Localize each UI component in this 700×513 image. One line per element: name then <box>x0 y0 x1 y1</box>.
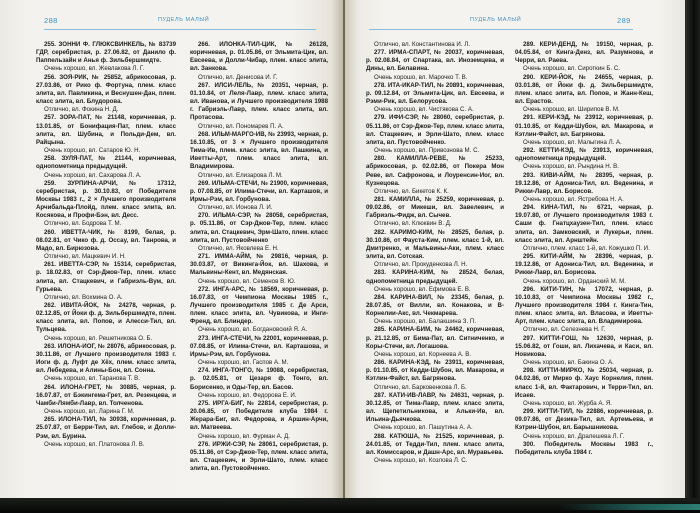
dog-entry: 295. КИТИ-АЙМ, № 28396, черная, р. 19.12… <box>515 253 653 277</box>
dog-entry: 272. ИНГА-АРС, № 18569, коричневая, р. 1… <box>190 286 328 327</box>
grade-line: Очень хорошо, вл. Дралешева Л. Г. <box>515 433 653 441</box>
grade-line: Отлично, вл. Селезнева Н. Г. <box>515 326 653 334</box>
running-head: ПУДЕЛЬ МАЛЫЙ <box>158 17 209 23</box>
grade-line: Очень хорошо, вл. Привознова М. С. <box>366 147 504 155</box>
grade-line: Очень хорошо, вл. Ларина Г. М. <box>36 408 176 416</box>
book-spread: 288 ПУДЕЛЬ МАЛЫЙ 255. ЗОННИ Ф. ГЛЮКСВИНК… <box>0 0 700 513</box>
grade-line: Отлично, вл. Константинова И. Л. <box>366 41 504 49</box>
dog-entry: 277. ИРМА-СПАРТ, № 20037, коричневая, р.… <box>366 49 504 73</box>
grade-line: Очень хорошо, вл. Орданский М. М. <box>515 278 653 286</box>
grade-line: Очень хорошо, вл. Сироткин Б. С. <box>515 65 653 73</box>
dog-entry: 259. ЗУРПИНА-АРЧИ, № 17312, серебристая,… <box>36 180 176 221</box>
grade-line: Очень хорошо, вл. Ястребова Н. А. <box>515 196 653 204</box>
text-column-1: 255. ЗОННИ Ф. ГЛЮКСВИНКЕЛЬ, № 83739 ГДР,… <box>36 41 176 449</box>
dog-entry: 286. КАРИНА-КЭД, № 23911, коричневая, р.… <box>366 359 504 383</box>
header-rule <box>369 29 633 30</box>
grade-line: Очень хорошо, вл. Федорова Е. И. <box>190 392 328 400</box>
left-page-header: 288 ПУДЕЛЬ МАЛЫЙ <box>0 16 345 28</box>
grade-line: Отлично, вл. Клюквин В. Д. <box>366 220 504 228</box>
left-page: 288 ПУДЕЛЬ МАЛЫЙ 255. ЗОННИ Ф. ГЛЮКСВИНК… <box>0 0 345 500</box>
grade-line: Отлично, плем. класс 1-й, вл. Кожушко П.… <box>515 245 653 253</box>
dog-entry: 270. ИЛЬМА-СЭР, № 28058, серебристая, р.… <box>190 212 328 245</box>
book-edge <box>685 0 700 513</box>
text-column-1: Отлично, вл. Константинова И. Л.277. ИРМ… <box>366 41 504 465</box>
dog-entry: 288. КАТЮША, № 21525, коричневая, р. 24.… <box>366 433 504 457</box>
grade-line: Отлично, вл. Денисова И. Г. <box>190 74 328 82</box>
dog-entry: 292. КЕТТИ-КЭД, № 23913, коричневая, одн… <box>515 147 653 163</box>
grade-line: Очень хорошо, вл. Козлова Л. С. <box>366 457 504 465</box>
dog-entry: 296. КИТИ-ТИН, № 17072, черная, р. 10.10… <box>515 286 653 327</box>
grade-line: Отлично, вл. Бикетов К. К. <box>366 188 504 196</box>
grade-line: Очень хорошо, вл. Чистякова С. А. <box>366 106 504 114</box>
dog-entry: 256. ЗОЯ-РИК, № 25852, абрикосовая, р. 2… <box>36 74 176 107</box>
dog-entry: 278. ИТА-ИКАР-ТИЛ, № 20891, коричневая, … <box>366 82 504 106</box>
dog-entry: 282. КАРИМО-КИМ, № 28525, белая, р. 30.1… <box>366 229 504 262</box>
dog-entry: 290. КЕРИ-ЙОК, № 24655, черная, р. 03.01… <box>515 74 653 107</box>
grade-line: Очень хорошо, вл. Жевлакова Л. Г. <box>36 65 176 73</box>
dog-entry: 258. ЗУЛЯ-ПАТ, № 21144, коричневая, одно… <box>36 155 176 171</box>
dog-entry: 268. ИЛЬМ-МАРГО-ИВ, № 23993, черная, р. … <box>190 131 328 172</box>
dog-entry: 300. Победитель Москвы 1983 г., Победите… <box>515 441 653 457</box>
grade-line: Отлично, вл. Бодрова Т. М. <box>36 220 176 228</box>
dog-entry: 285. КАРИНА-БИМ, № 24462, коричневая, р.… <box>366 326 504 350</box>
right-page-header: ПУДЕЛЬ МАЛЫЙ 289 <box>345 16 685 28</box>
grade-line: Очень хорошо, вл. Марочко Т. В. <box>366 74 504 82</box>
dog-entry: 293. КИВИ-АЙМ, № 28395, черная, р. 19.12… <box>515 172 653 196</box>
grade-line: Очень хорошо, вл. Пашутина А. А. <box>366 424 504 432</box>
dog-entry: 263. ИЛОНА-ИОГ, № 28076, абрикосовая, р.… <box>36 343 176 376</box>
grade-line: Очень хорошо, вл. Таранова Т. В. <box>36 375 176 383</box>
dog-entry: 294. КИНА-ТИЛ, № 6721, черная, р. 19.07.… <box>515 204 653 245</box>
grade-line: Отлично, вл. Ионова Л. И. <box>190 204 328 212</box>
dog-entry: 262. ИВИТА-ЙОК, № 24278, черная, р. 02.1… <box>36 302 176 335</box>
grade-line: Очень хорошо, вл. Малыгина Л. А. <box>515 139 653 147</box>
dog-entry: 274. ИНГА-ТОНГО, № 19088, серебристая, р… <box>190 367 328 391</box>
dog-entry: 280. КАМИЛЛА-РЕВЕ, № 25233, абрикосовая,… <box>366 155 504 188</box>
grade-line: Отлично, вл. Яковлева Е. Н. <box>190 245 328 253</box>
grade-line: Очень хорошо, вл. Богдановский Я. А. <box>190 326 328 334</box>
dog-entry: 281. КАМИЛЛА, № 25259, коричневая, р. 09… <box>366 196 504 220</box>
table-surface <box>0 498 700 513</box>
text-column-2: 289. КЕРИ-ДЕНД, № 19150, черная, р. 04.0… <box>515 41 653 457</box>
grade-line: Отлично, вл. Вохмина О. А. <box>36 294 176 302</box>
grade-line: Очень хорошо, вл. Балакшина З. П. <box>366 318 504 326</box>
dog-entry: 257. ЗОРА-ПАТ, № 21148, коричневая, р. 1… <box>36 114 176 147</box>
grade-line: Очень хорошо, вл. Гаспов А. М. <box>190 359 328 367</box>
header-rule <box>44 29 316 30</box>
right-page: ПУДЕЛЬ МАЛЫЙ 289 Отлично, вл. Константин… <box>345 0 685 500</box>
grade-line: Отлично, вл. Барковенкова Л. Б. <box>366 384 504 392</box>
grade-line: Очень хорошо, вл. Платонова Л. В. <box>36 441 176 449</box>
grade-line: Очень хорошо, вл. Решетникова О. Б. <box>36 335 176 343</box>
grade-line: Очень хорошо, вл. Ефимова Е. В. <box>366 286 504 294</box>
dog-entry: 273. ИНГА-СТЕЧИ, № 22001, коричневая, р.… <box>190 335 328 359</box>
grade-line: Отлично, вл. Пономарев П. А. <box>190 123 328 131</box>
page-number: 288 <box>44 16 58 25</box>
dog-entry: 255. ЗОННИ Ф. ГЛЮКСВИНКЕЛЬ, № 83739 ГДР,… <box>36 41 176 65</box>
dog-entry: 297. КИТТИ-ГОШ, № 12630, черная, р. 15.0… <box>515 335 653 359</box>
grade-line: Очень хорошо, вл. Ширипов В. М. <box>515 106 653 114</box>
dog-entry: 260. ИВЕТТА-ЧИК, № 8199, белая, р. 08.02… <box>36 229 176 253</box>
dog-entry: 276. ИРЖИ-СЭР, № 28061, серебристая, р. … <box>190 441 328 474</box>
dog-entry: 284. КАРИНА-ВИЛ, № 23345, белая, р. 28.0… <box>366 294 504 318</box>
dog-entry: 291. КЕРИ-КЭД, № 23912, коричневая, р. 0… <box>515 114 653 138</box>
dog-entry: 264. ИЛОНА-ГРЕТ, № 30885, черная, р. 16.… <box>36 384 176 408</box>
dog-entry: 283. КАРИНА-КИМ, № 28524, белая, однопом… <box>366 269 504 285</box>
dog-entry: 269. ИЛЬМА-СТЕЧИ, № 21900, коричневая, р… <box>190 180 328 204</box>
grade-line: Очень хорошо, вл. Фурман А. Д. <box>190 433 328 441</box>
dog-entry: 266. ИЛОНКА-ТИЛ-ЦИК, № 26128, коричневая… <box>190 41 328 74</box>
dog-entry: 265. ИЛОНА-ТИЛ, № 30938, коричневая, р. … <box>36 416 176 440</box>
dog-entry: 298. КИТТИ-МИРКО, № 25034, черная, р. 04… <box>515 367 653 400</box>
dog-entry: 289. КЕРИ-ДЕНД, № 19150, черная, р. 04.0… <box>515 41 653 65</box>
grade-line: Очень хорошо, вл. Сатаров Ю. Н. <box>36 147 176 155</box>
grade-line: Очень хорошо, вл. Корнеева А. В. <box>366 351 504 359</box>
grade-line: Очень хорошо, вл. Семенов В. Ю. <box>190 278 328 286</box>
grade-line: Очень хорошо, вл. Бакина О. А. <box>515 359 653 367</box>
dog-entry: 287. КАТИ-ИВ-ЛАВР, № 24631, черная, р. 3… <box>366 392 504 425</box>
grade-line: Отлично, вл. Мацкевич И. Н. <box>36 253 176 261</box>
grade-line: Очень хорошо, вл. Журба А. Я. <box>515 400 653 408</box>
grade-line: Отлично, вл. Елизарова Л. М. <box>190 172 328 180</box>
dog-entry: 261. ИВЕТТА-СЭР, № 15314, серебристая, р… <box>36 261 176 294</box>
grade-line: Отлично, вл. Фокина Н. Д. <box>36 106 176 114</box>
page-number: 289 <box>617 16 631 25</box>
grade-line: Отлично, вл. Прокуденкова Л. Н. <box>366 261 504 269</box>
grade-line: Очень хорошо, вл. Сахарова Л. А. <box>36 172 176 180</box>
dog-entry: 299. КИТТИ-ТИЛ, № 22886, коричневая, р. … <box>515 408 653 432</box>
dog-entry: 275. ИРГА-БИГ, № 22814, серебристая, р. … <box>190 400 328 433</box>
running-head: ПУДЕЛЬ МАЛЫЙ <box>470 17 521 23</box>
text-column-2: 266. ИЛОНКА-ТИЛ-ЦИК, № 26128, коричневая… <box>190 41 328 473</box>
grade-line: Очень хорошо, вл. Рындина Н. В. <box>515 163 653 171</box>
dog-entry: 279. ИФИ-СЭР, № 28060, серебристая, р. 0… <box>366 114 504 147</box>
dog-entry: 267. ИЛСИ-ЛЕЛЬ, № 20351, черная, р. 01.1… <box>190 82 328 123</box>
dog-entry: 271. ИММА-АЙМ, № 29816, черная, р. 30.03… <box>190 253 328 277</box>
